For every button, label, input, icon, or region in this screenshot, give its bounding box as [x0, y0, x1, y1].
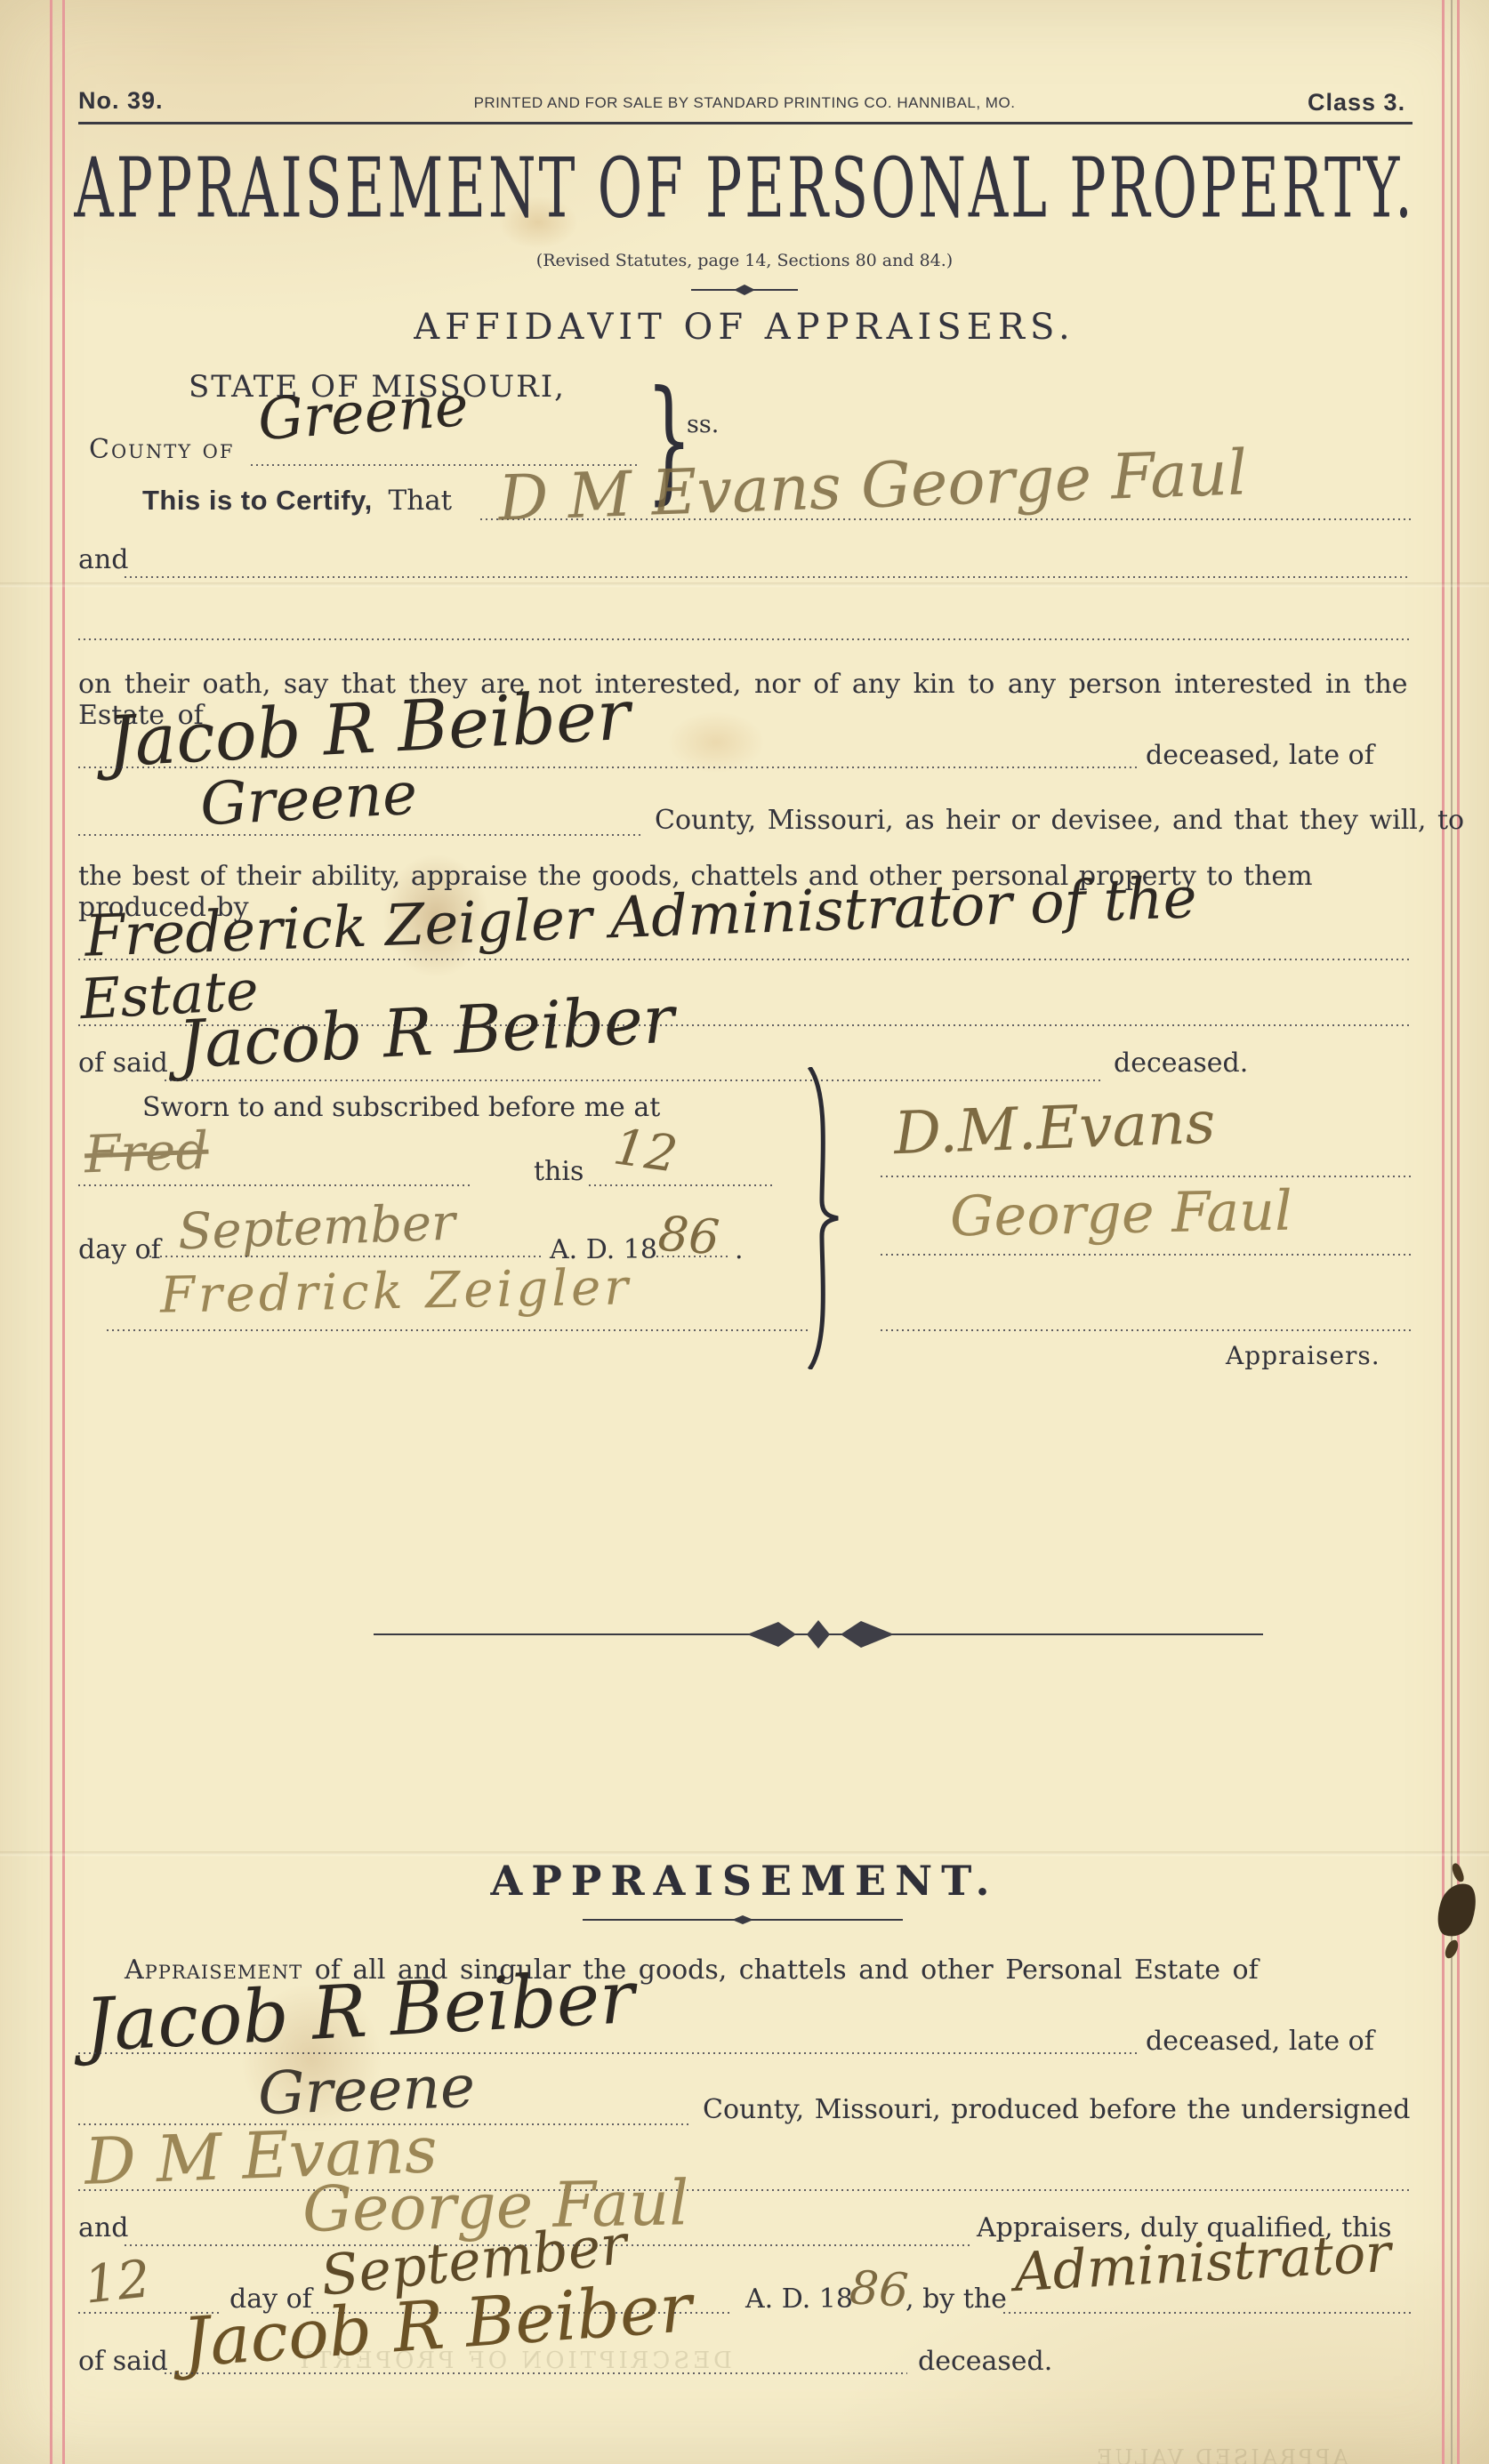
month-handwritten: September	[177, 1194, 456, 1262]
blank-line	[589, 1184, 776, 1186]
blank-line	[881, 1176, 1411, 1177]
main-title-wrap: APPRAISEMENT OF PERSONAL PROPERTY.	[0, 157, 1489, 222]
right-margin-rule-gray	[1451, 0, 1453, 2464]
blank-line	[125, 576, 1411, 578]
appr-year-handwritten: 86	[848, 2261, 909, 2317]
appr-of-said-label: of said	[78, 2346, 168, 2377]
appr-county-line: County, Missouri, produced before the un…	[703, 2094, 1411, 2125]
appr-by-the-label: , by the	[905, 2283, 1007, 2315]
appraisement-heading: APPRAISEMENT.	[0, 1857, 1489, 1905]
signature-2: George Faul	[949, 1178, 1292, 1249]
fold-crease-top	[0, 582, 1489, 588]
county-line: County, Missouri, as heir or devisee, an…	[655, 805, 1464, 836]
appr-deceased-label: deceased.	[918, 2346, 1052, 2377]
statute-note: (Revised Statutes, page 14, Sections 80 …	[0, 251, 1489, 270]
of-said-label: of said	[78, 1047, 168, 1079]
sworn-place-handwritten: Fred	[84, 1120, 210, 1185]
blank-line	[881, 1329, 1411, 1331]
blank-line	[881, 1254, 1411, 1256]
deceased-late-of: deceased, late of	[1146, 740, 1374, 771]
blank-line	[149, 1256, 541, 1257]
county-label: County of	[89, 434, 234, 465]
left-margin-rule-outer	[50, 0, 52, 2464]
blank-line	[78, 959, 1411, 960]
section-divider-ornament	[374, 1617, 1263, 1652]
blank-line	[78, 2189, 1411, 2191]
class-label: Class 3.	[1308, 89, 1405, 116]
main-title: APPRAISEMENT OF PERSONAL PROPERTY.	[74, 141, 1414, 237]
affidavit-heading: AFFIDAVIT OF APPRAISERS.	[0, 307, 1489, 348]
certify-label-bold: This is to Certify,	[142, 485, 373, 516]
appr-deceased-late-of: deceased, late of	[1146, 2026, 1374, 2057]
show-through-text: APPRAISED VALUE	[1094, 2445, 1348, 2464]
and-label: and	[78, 544, 128, 575]
signature-1: D.M.Evans	[893, 1088, 1217, 1168]
appraisers-label: Appraisers.	[1226, 1341, 1380, 1370]
blank-line	[78, 638, 1411, 640]
blank-line	[165, 2372, 907, 2374]
signature-brace	[783, 1067, 854, 1369]
appr-ad-label: A. D. 18	[745, 2283, 853, 2315]
printer-imprint: PRINTED AND FOR SALE BY STANDARD PRINTIN…	[0, 94, 1489, 112]
this-label: this	[534, 1156, 584, 1187]
blank-line	[78, 2052, 1137, 2054]
day-of-label: day of	[78, 1234, 161, 1265]
blank-line	[165, 1080, 1103, 1081]
blank-line	[78, 1184, 470, 1186]
right-margin-rule-outer	[1457, 0, 1460, 2464]
county2-handwritten: Greene	[198, 759, 419, 839]
left-margin-rule-inner	[62, 0, 65, 2464]
sworn-line: Sworn to and subscribed before me at	[142, 1092, 660, 1123]
ad-period: .	[735, 1234, 744, 1265]
certify-label-rest: That	[389, 485, 453, 517]
ss-label: ss.	[687, 411, 719, 438]
header-rule	[78, 122, 1413, 124]
notary-handwritten: Fredrick Zeigler	[159, 1258, 632, 1324]
deceased-label: deceased.	[1114, 1047, 1248, 1079]
day-handwritten: 12	[610, 1118, 681, 1184]
small-divider-ornament-2	[583, 1914, 903, 1926]
appr-and-label: and	[78, 2212, 128, 2243]
blank-line	[651, 1256, 731, 1257]
right-margin-rule-inner	[1442, 0, 1445, 2464]
certify-line: This is to Certify, That	[142, 485, 452, 517]
blank-line	[1003, 2312, 1411, 2314]
county-handwritten: Greene	[256, 373, 471, 453]
small-divider-ornament	[691, 283, 798, 297]
blank-line	[78, 834, 640, 836]
document-page: No. 39. PRINTED AND FOR SALE BY STANDARD…	[0, 0, 1489, 2464]
blank-line	[107, 1329, 809, 1331]
appr-day-handwritten: 12	[82, 2248, 154, 2315]
